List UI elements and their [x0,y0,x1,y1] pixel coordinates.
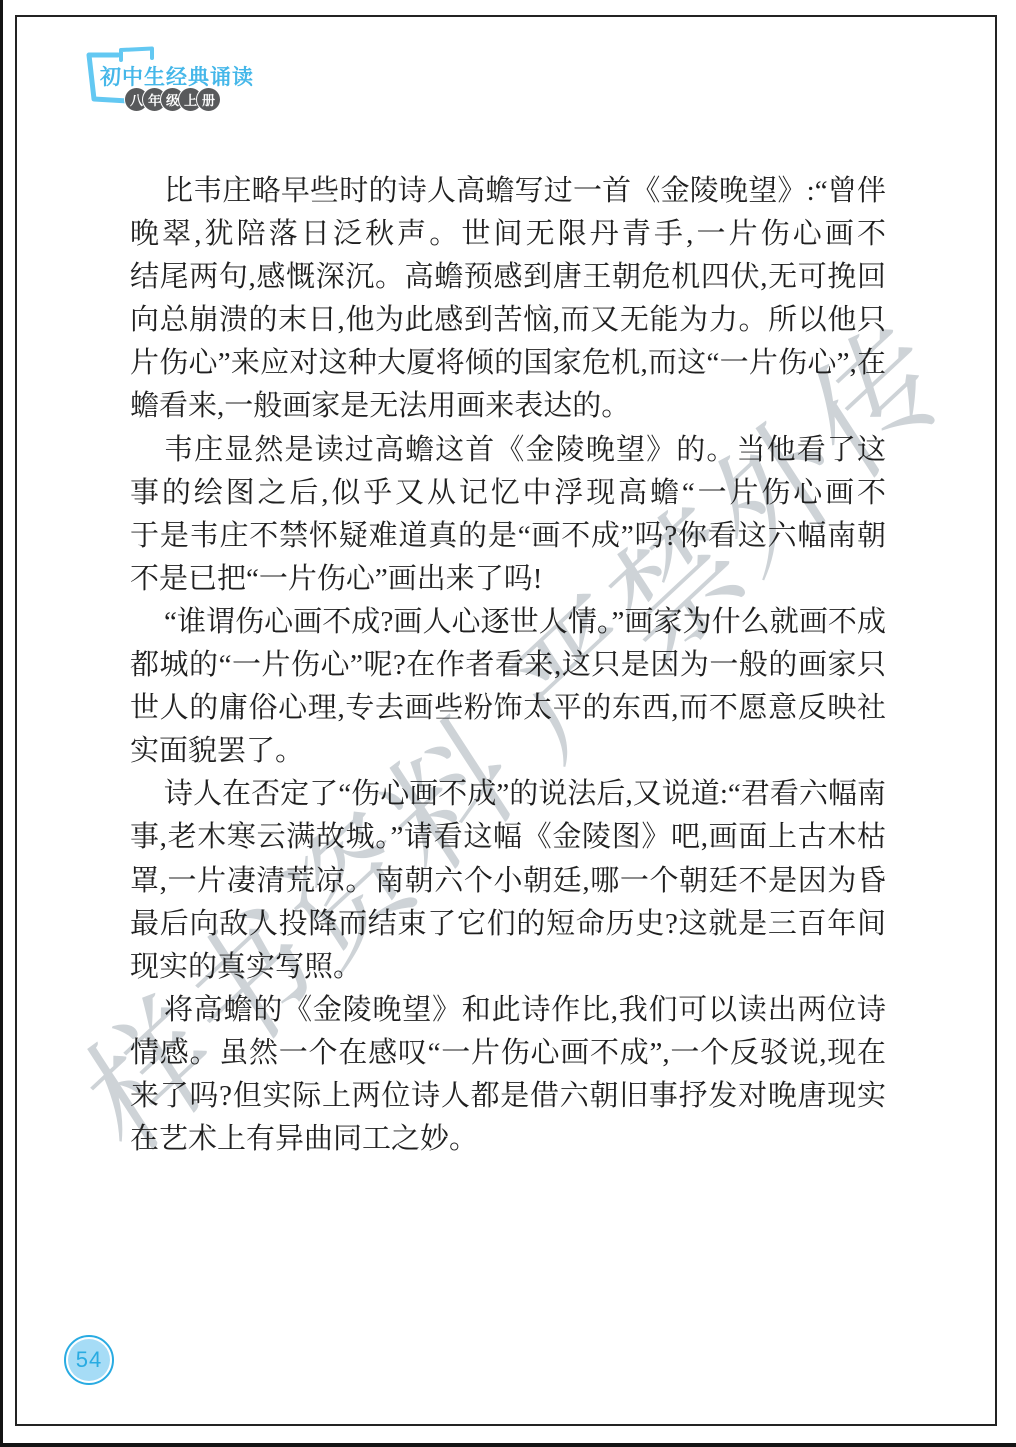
volume-badge: 八年级上册 [124,87,221,112]
page-number-circle: 54 [68,1339,110,1381]
text-line: 现实的真实写照。 [130,946,886,989]
text-line: 最后向敌人投降而结束了它们的短命历史?这就是三百年间金陵惨淡 [130,903,886,946]
text-line: 于是韦庄不禁怀疑难道真的是“画不成”吗?你看这六幅南朝故事图, [130,515,886,558]
badge-char: 册 [196,87,221,112]
page-number-badge: 54 [64,1335,114,1385]
text-line: 晚翠,犹陪落日泛秋声。世间无限丹青手,一片伤心画不成。”这首诗的 [130,213,886,256]
text-line: 向总崩溃的末日,他为此感到苦恼,而又无能为力。所以他只能以“一 [130,299,886,342]
text-line: 来了吗?但实际上两位诗人都是借六朝旧事抒发对晚唐现实的深忧, [130,1075,886,1118]
text-line: 不是已把“一片伤心”画出来了吗! [130,558,886,601]
text-line: 比韦庄略早些时的诗人高蟾写过一首《金陵晚望》:“曾伴浮云归 [130,170,886,213]
text-line: 实面貌罢了。 [130,730,886,773]
paragraph: “谁谓伤心画不成?画人心逐世人情。”画家为什么就画不成金陵都城的“一片伤心”呢?… [130,601,886,773]
body-text: 比韦庄略早些时的诗人高蟾写过一首《金陵晚望》:“曾伴浮云归晚翠,犹陪落日泛秋声。… [130,170,886,1161]
scan-edge-left [0,0,3,1447]
paragraph: 将高蟾的《金陵晚望》和此诗作比,我们可以读出两位诗人共同的情感。虽然一个在感叹“… [130,989,886,1161]
text-line: 事,老木寒云满故城。”请看这幅《金陵图》吧,画面上古木枯凋,寒云笼 [130,816,886,859]
text-line: 蟾看来,一般画家是无法用画来表达的。 [130,385,886,428]
text-line: 诗人在否定了“伤心画不成”的说法后,又说道:“君看六幅南朝 [130,773,886,816]
text-line: 都城的“一片伤心”呢?在作者看来,这只是因为一般的画家只想迎合 [130,644,886,687]
text-line: 结尾两句,感慨深沉。高蟾预感到唐王朝危机四伏,无可挽回地正在走 [130,256,886,299]
paragraph: 比韦庄略早些时的诗人高蟾写过一首《金陵晚望》:“曾伴浮云归晚翠,犹陪落日泛秋声。… [130,170,886,429]
text-line: 事的绘图之后,似乎又从记忆中浮现高蟾“一片伤心画不成”的诗句。 [130,472,886,515]
paragraph: 韦庄显然是读过高蟾这首《金陵晚望》的。当他看了这六幅南朝故事的绘图之后,似乎又从… [130,429,886,601]
text-line: 罩,一片凄清荒凉。南朝六个小朝廷,哪一个朝廷不是因为昏庸无道, [130,860,886,903]
text-line: 世人的庸俗心理,专去画些粉饰太平的东西,而不愿意反映社会的真 [130,687,886,730]
scan-edge-bottom [0,1443,1016,1447]
text-line: “谁谓伤心画不成?画人心逐世人情。”画家为什么就画不成金陵 [130,601,886,644]
paragraph: 诗人在否定了“伤心画不成”的说法后,又说道:“君看六幅南朝事,老木寒云满故城。”… [130,773,886,988]
page-number: 54 [76,1347,102,1373]
text-line: 片伤心”来应对这种大厦将倾的国家危机,而这“一片伤心”,在诗人高 [130,342,886,385]
logo: 初中生经典诵读 八年级上册 [78,40,358,120]
book-page: 样书资料 严禁外传 初中生经典诵读 八年级上册 比韦庄略早些时的诗人高蟾写过一首… [0,0,1016,1447]
text-line: 韦庄显然是读过高蟾这首《金陵晚望》的。当他看了这六幅南朝故 [130,429,886,472]
text-line: 情感。虽然一个在感叹“一片伤心画不成”,一个反驳说,现在不是画出 [130,1032,886,1075]
text-line: 将高蟾的《金陵晚望》和此诗作比,我们可以读出两位诗人共同的 [130,989,886,1032]
text-line: 在艺术上有异曲同工之妙。 [130,1118,886,1161]
